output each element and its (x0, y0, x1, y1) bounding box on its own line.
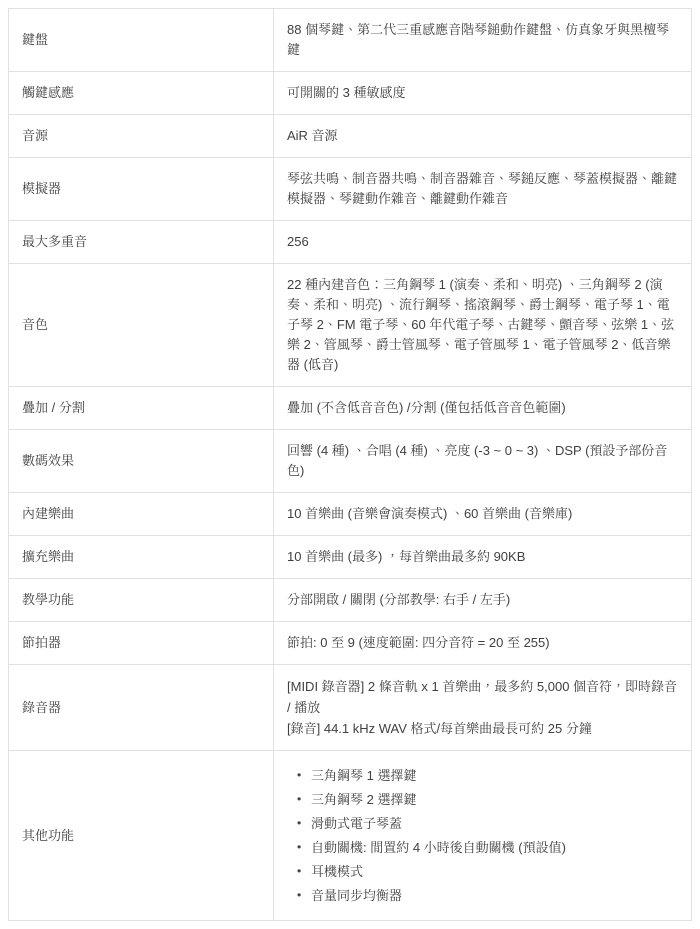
spec-table-body: 鍵盤 88 個琴鍵、第二代三重感應音階琴鎚動作鍵盤、仿真象牙與黑檀琴鍵 觸鍵感應… (9, 9, 692, 921)
table-row-simulator: 模擬器 琴弦共鳴、制音器共鳴、制音器雜音、琴鎚反應、琴蓋模擬器、離鍵模擬器、琴鍵… (9, 158, 692, 221)
spec-label: 最大多重音 (9, 221, 274, 264)
spec-value: 可開關的 3 種敏感度 (274, 72, 692, 115)
table-row-layer-split: 疊加 / 分割 疊加 (不含低音音色) /分割 (僅包括低音音色範圍) (9, 387, 692, 430)
list-item: •滑動式電子琴蓋 (297, 813, 678, 834)
table-row-tones: 音色 22 種內建音色：三角鋼琴 1 (演奏、柔和、明亮) 、三角鋼琴 2 (演… (9, 264, 692, 387)
other-functions-list: •三角鋼琴 1 選擇鍵 •三角鋼琴 2 選擇鍵 •滑動式電子琴蓋 •自動關機: … (287, 765, 678, 906)
bullet-icon: • (297, 837, 301, 858)
bullet-icon: • (297, 861, 301, 882)
recorder-midi-line: [MIDI 錄音器] 2 條音軌 x 1 首樂曲，最多約 5,000 個音符，即… (287, 676, 678, 718)
spec-value: 節拍: 0 至 9 (速度範圍: 四分音符 = 20 至 255) (274, 622, 692, 665)
table-row-lesson-function: 教學功能 分部開啟 / 關閉 (分部教學: 右手 / 左手) (9, 579, 692, 622)
spec-value: 疊加 (不含低音音色) /分割 (僅包括低音音色範圍) (274, 387, 692, 430)
bullet-icon: • (297, 813, 301, 834)
table-row-metronome: 節拍器 節拍: 0 至 9 (速度範圍: 四分音符 = 20 至 255) (9, 622, 692, 665)
spec-value: 256 (274, 221, 692, 264)
table-row-touch-response: 觸鍵感應 可開關的 3 種敏感度 (9, 72, 692, 115)
list-item: •自動關機: 閒置約 4 小時後自動關機 (預設值) (297, 837, 678, 858)
spec-value: •三角鋼琴 1 選擇鍵 •三角鋼琴 2 選擇鍵 •滑動式電子琴蓋 •自動關機: … (274, 751, 692, 921)
table-row-keyboard: 鍵盤 88 個琴鍵、第二代三重感應音階琴鎚動作鍵盤、仿真象牙與黑檀琴鍵 (9, 9, 692, 72)
list-item-text: 三角鋼琴 1 選擇鍵 (311, 768, 416, 783)
spec-label: 數碼效果 (9, 430, 274, 493)
spec-value: 10 首樂曲 (最多) ，每首樂曲最多約 90KB (274, 536, 692, 579)
bullet-icon: • (297, 885, 301, 906)
spec-label: 錄音器 (9, 665, 274, 751)
spec-value: 分部開啟 / 關閉 (分部教學: 右手 / 左手) (274, 579, 692, 622)
spec-value: 琴弦共鳴、制音器共鳴、制音器雜音、琴鎚反應、琴蓋模擬器、離鍵模擬器、琴鍵動作雜音… (274, 158, 692, 221)
spec-label: 擴充樂曲 (9, 536, 274, 579)
list-item: •三角鋼琴 1 選擇鍵 (297, 765, 678, 786)
table-row-digital-effects: 數碼效果 回響 (4 種) 、合唱 (4 種) 、亮度 (-3 ~ 0 ~ 3)… (9, 430, 692, 493)
recorder-audio-line: [錄音] 44.1 kHz WAV 格式/每首樂曲最長可約 25 分鐘 (287, 718, 678, 739)
spec-value: 回響 (4 種) 、合唱 (4 種) 、亮度 (-3 ~ 0 ~ 3) 、DSP… (274, 430, 692, 493)
spec-value: 10 首樂曲 (音樂會演奏模式) 、60 首樂曲 (音樂庫) (274, 493, 692, 536)
spec-label: 教學功能 (9, 579, 274, 622)
spec-value: AiR 音源 (274, 115, 692, 158)
spec-label: 音源 (9, 115, 274, 158)
spec-label: 音色 (9, 264, 274, 387)
list-item-text: 音量同步均衡器 (311, 888, 402, 903)
list-item: •耳機模式 (297, 861, 678, 882)
list-item: •音量同步均衡器 (297, 885, 678, 906)
spec-value: 22 種內建音色：三角鋼琴 1 (演奏、柔和、明亮) 、三角鋼琴 2 (演奏、柔… (274, 264, 692, 387)
table-row-max-polyphony: 最大多重音 256 (9, 221, 692, 264)
bullet-icon: • (297, 789, 301, 810)
table-row-other-functions: 其他功能 •三角鋼琴 1 選擇鍵 •三角鋼琴 2 選擇鍵 •滑動式電子琴蓋 •自… (9, 751, 692, 921)
spec-label: 觸鍵感應 (9, 72, 274, 115)
spec-label: 內建樂曲 (9, 493, 274, 536)
spec-label: 疊加 / 分割 (9, 387, 274, 430)
spec-value: 88 個琴鍵、第二代三重感應音階琴鎚動作鍵盤、仿真象牙與黑檀琴鍵 (274, 9, 692, 72)
spec-label: 其他功能 (9, 751, 274, 921)
list-item-text: 耳機模式 (311, 864, 363, 879)
table-row-builtin-songs: 內建樂曲 10 首樂曲 (音樂會演奏模式) 、60 首樂曲 (音樂庫) (9, 493, 692, 536)
list-item-text: 自動關機: 閒置約 4 小時後自動關機 (預設值) (311, 840, 566, 855)
spec-table: 鍵盤 88 個琴鍵、第二代三重感應音階琴鎚動作鍵盤、仿真象牙與黑檀琴鍵 觸鍵感應… (8, 8, 692, 921)
spec-label: 鍵盤 (9, 9, 274, 72)
spec-label: 模擬器 (9, 158, 274, 221)
list-item-text: 滑動式電子琴蓋 (311, 816, 402, 831)
table-row-expansion-songs: 擴充樂曲 10 首樂曲 (最多) ，每首樂曲最多約 90KB (9, 536, 692, 579)
list-item: •三角鋼琴 2 選擇鍵 (297, 789, 678, 810)
bullet-icon: • (297, 765, 301, 786)
spec-label: 節拍器 (9, 622, 274, 665)
table-row-recorder: 錄音器 [MIDI 錄音器] 2 條音軌 x 1 首樂曲，最多約 5,000 個… (9, 665, 692, 751)
spec-value: [MIDI 錄音器] 2 條音軌 x 1 首樂曲，最多約 5,000 個音符，即… (274, 665, 692, 751)
list-item-text: 三角鋼琴 2 選擇鍵 (311, 792, 416, 807)
table-row-sound-source: 音源 AiR 音源 (9, 115, 692, 158)
